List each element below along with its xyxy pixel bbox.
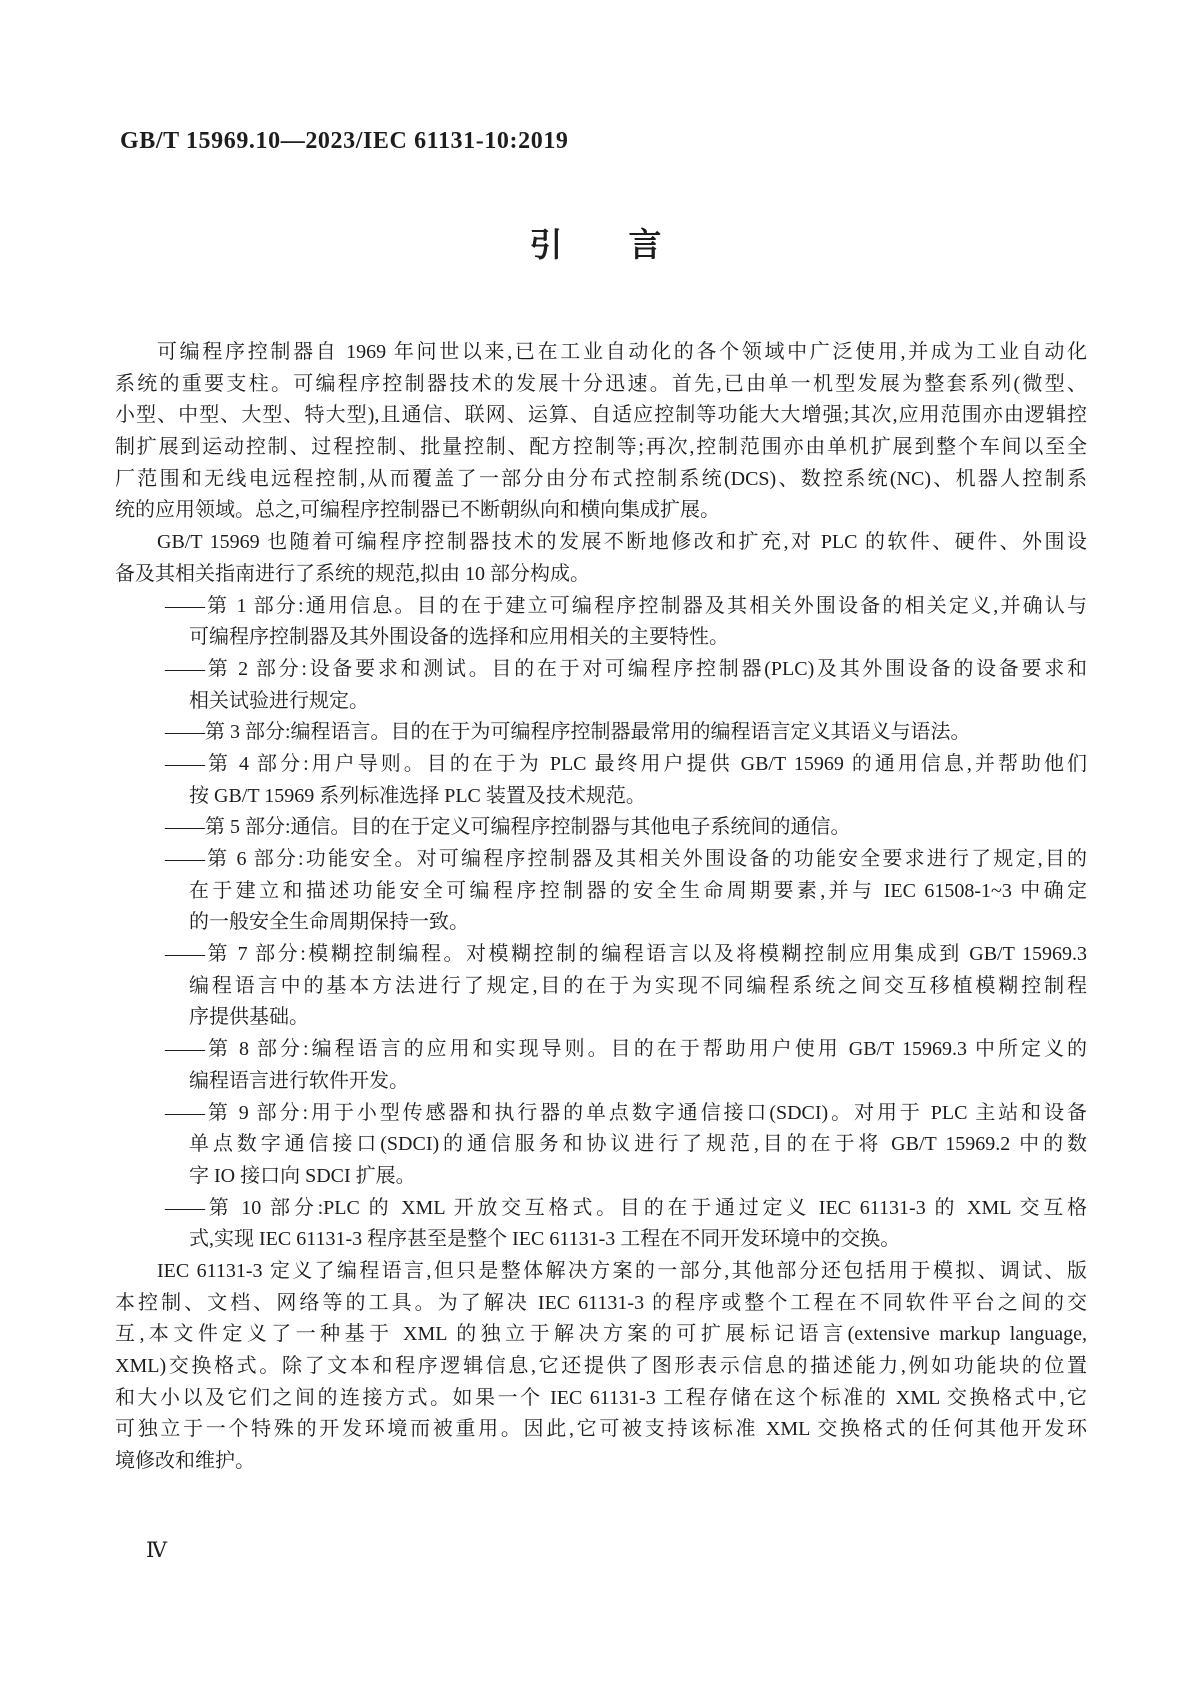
text-line: 备及其相关指南进行了系统的规范,拟由 10 部分构成。 xyxy=(115,559,1087,591)
text-line: 本控制、文档、网络等的工具。为了解决 IEC 61131-3 的程序或整个工程在… xyxy=(115,1288,1087,1320)
text-line: 编程语言中的基本方法进行了规定,目的在于为实现不同编程系统之间交互移植模糊控制程 xyxy=(115,971,1087,1003)
text-line: GB/T 15969 也随着可编程序控制器技术的发展不断地修改和扩充,对 PLC… xyxy=(115,527,1087,559)
text-line: ——第 9 部分:用于小型传感器和执行器的单点数字通信接口(SDCI)。对用于 … xyxy=(115,1098,1087,1130)
text-line: XML)交换格式。除了文本和程序逻辑信息,它还提供了图形表示信息的描述能力,例如… xyxy=(115,1351,1087,1383)
text-line: ——第 6 部分:功能安全。对可编程序控制器及其相关外围设备的功能安全要求进行了… xyxy=(115,844,1087,876)
text-line: 式,实现 IEC 61131-3 程序甚至是整个 IEC 61131-3 工程在… xyxy=(115,1224,1087,1256)
page-title: 引 言 xyxy=(0,230,1191,263)
text-line: ——第 3 部分:编程语言。目的在于为可编程序控制器最常用的编程语言定义其语义与… xyxy=(115,717,1087,749)
text-line: 系统的重要支柱。可编程序控制器技术的发展十分迅速。首先,已由单一机型发展为整套系… xyxy=(115,369,1087,401)
text-line: ——第 10 部分:PLC 的 XML 开放交互格式。目的在于通过定义 IEC … xyxy=(115,1193,1087,1225)
text-line: 按 GB/T 15969 系列标准选择 PLC 装置及技术规范。 xyxy=(115,781,1087,813)
text-line: 的一般安全生命周期保持一致。 xyxy=(115,907,1087,939)
text-line: IEC 61131-3 定义了编程语言,但只是整体解决方案的一部分,其他部分还包… xyxy=(115,1256,1087,1288)
introduction-body-text: 可编程序控制器自 1969 年问世以来,已在工业自动化的各个领域中广泛使用,并成… xyxy=(115,337,1087,1478)
text-line: 单点数字通信接口(SDCI)的通信服务和协议进行了规范,目的在于将 GB/T 1… xyxy=(115,1129,1087,1161)
text-line: ——第 2 部分:设备要求和测试。目的在于对可编程序控制器(PLC)及其外围设备… xyxy=(115,654,1087,686)
text-line: 小型、中型、大型、特大型),且通信、联网、运算、自适应控制等功能大大增强;其次,… xyxy=(115,400,1087,432)
text-line: 制扩展到运动控制、过程控制、批量控制、配方控制等;再次,控制范围亦由单机扩展到整… xyxy=(115,432,1087,464)
text-line: ——第 7 部分:模糊控制编程。对模糊控制的编程语言以及将模糊控制应用集成到 G… xyxy=(115,939,1087,971)
text-line: 可编程序控制器自 1969 年问世以来,已在工业自动化的各个领域中广泛使用,并成… xyxy=(115,337,1087,369)
text-line: 可独立于一个特殊的开发环境而被重用。因此,它可被支持该标准 XML 交换格式的任… xyxy=(115,1414,1087,1446)
text-line: 可编程序控制器及其外围设备的选择和应用相关的主要特性。 xyxy=(115,622,1087,654)
text-line: 字 IO 接口向 SDCI 扩展。 xyxy=(115,1161,1087,1193)
text-line: 互,本文件定义了一种基于 XML 的独立于解决方案的可扩展标记语言(extens… xyxy=(115,1319,1087,1351)
text-line: 序提供基础。 xyxy=(115,1002,1087,1034)
text-line: 厂范围和无线电远程控制,从而覆盖了一部分由分布式控制系统(DCS)、数控系统(N… xyxy=(115,464,1087,496)
text-line: 境修改和维护。 xyxy=(115,1446,1087,1478)
page-number: Ⅳ xyxy=(146,1538,167,1563)
standard-number-header: GB/T 15969.10—2023/IEC 61131-10:2019 xyxy=(120,128,569,155)
text-line: ——第 8 部分:编程语言的应用和实现导则。目的在于帮助用户使用 GB/T 15… xyxy=(115,1034,1087,1066)
text-line: 统的应用领域。总之,可编程序控制器已不断朝纵向和横向集成扩展。 xyxy=(115,495,1087,527)
text-line: ——第 4 部分:用户导则。目的在于为 PLC 最终用户提供 GB/T 1596… xyxy=(115,749,1087,781)
text-line: 编程语言进行软件开发。 xyxy=(115,1066,1087,1098)
text-line: 和大小以及它们之间的连接方式。如果一个 IEC 61131-3 工程存储在这个标… xyxy=(115,1383,1087,1415)
document-page: GB/T 15969.10—2023/IEC 61131-10:2019 引 言… xyxy=(0,0,1191,1685)
text-line: 相关试验进行规定。 xyxy=(115,686,1087,718)
text-line: ——第 5 部分:通信。目的在于定义可编程序控制器与其他电子系统间的通信。 xyxy=(115,812,1087,844)
text-line: 在于建立和描述功能安全可编程序控制器的安全生命周期要素,并与 IEC 61508… xyxy=(115,876,1087,908)
text-line: ——第 1 部分:通用信息。目的在于建立可编程序控制器及其相关外围设备的相关定义… xyxy=(115,591,1087,623)
